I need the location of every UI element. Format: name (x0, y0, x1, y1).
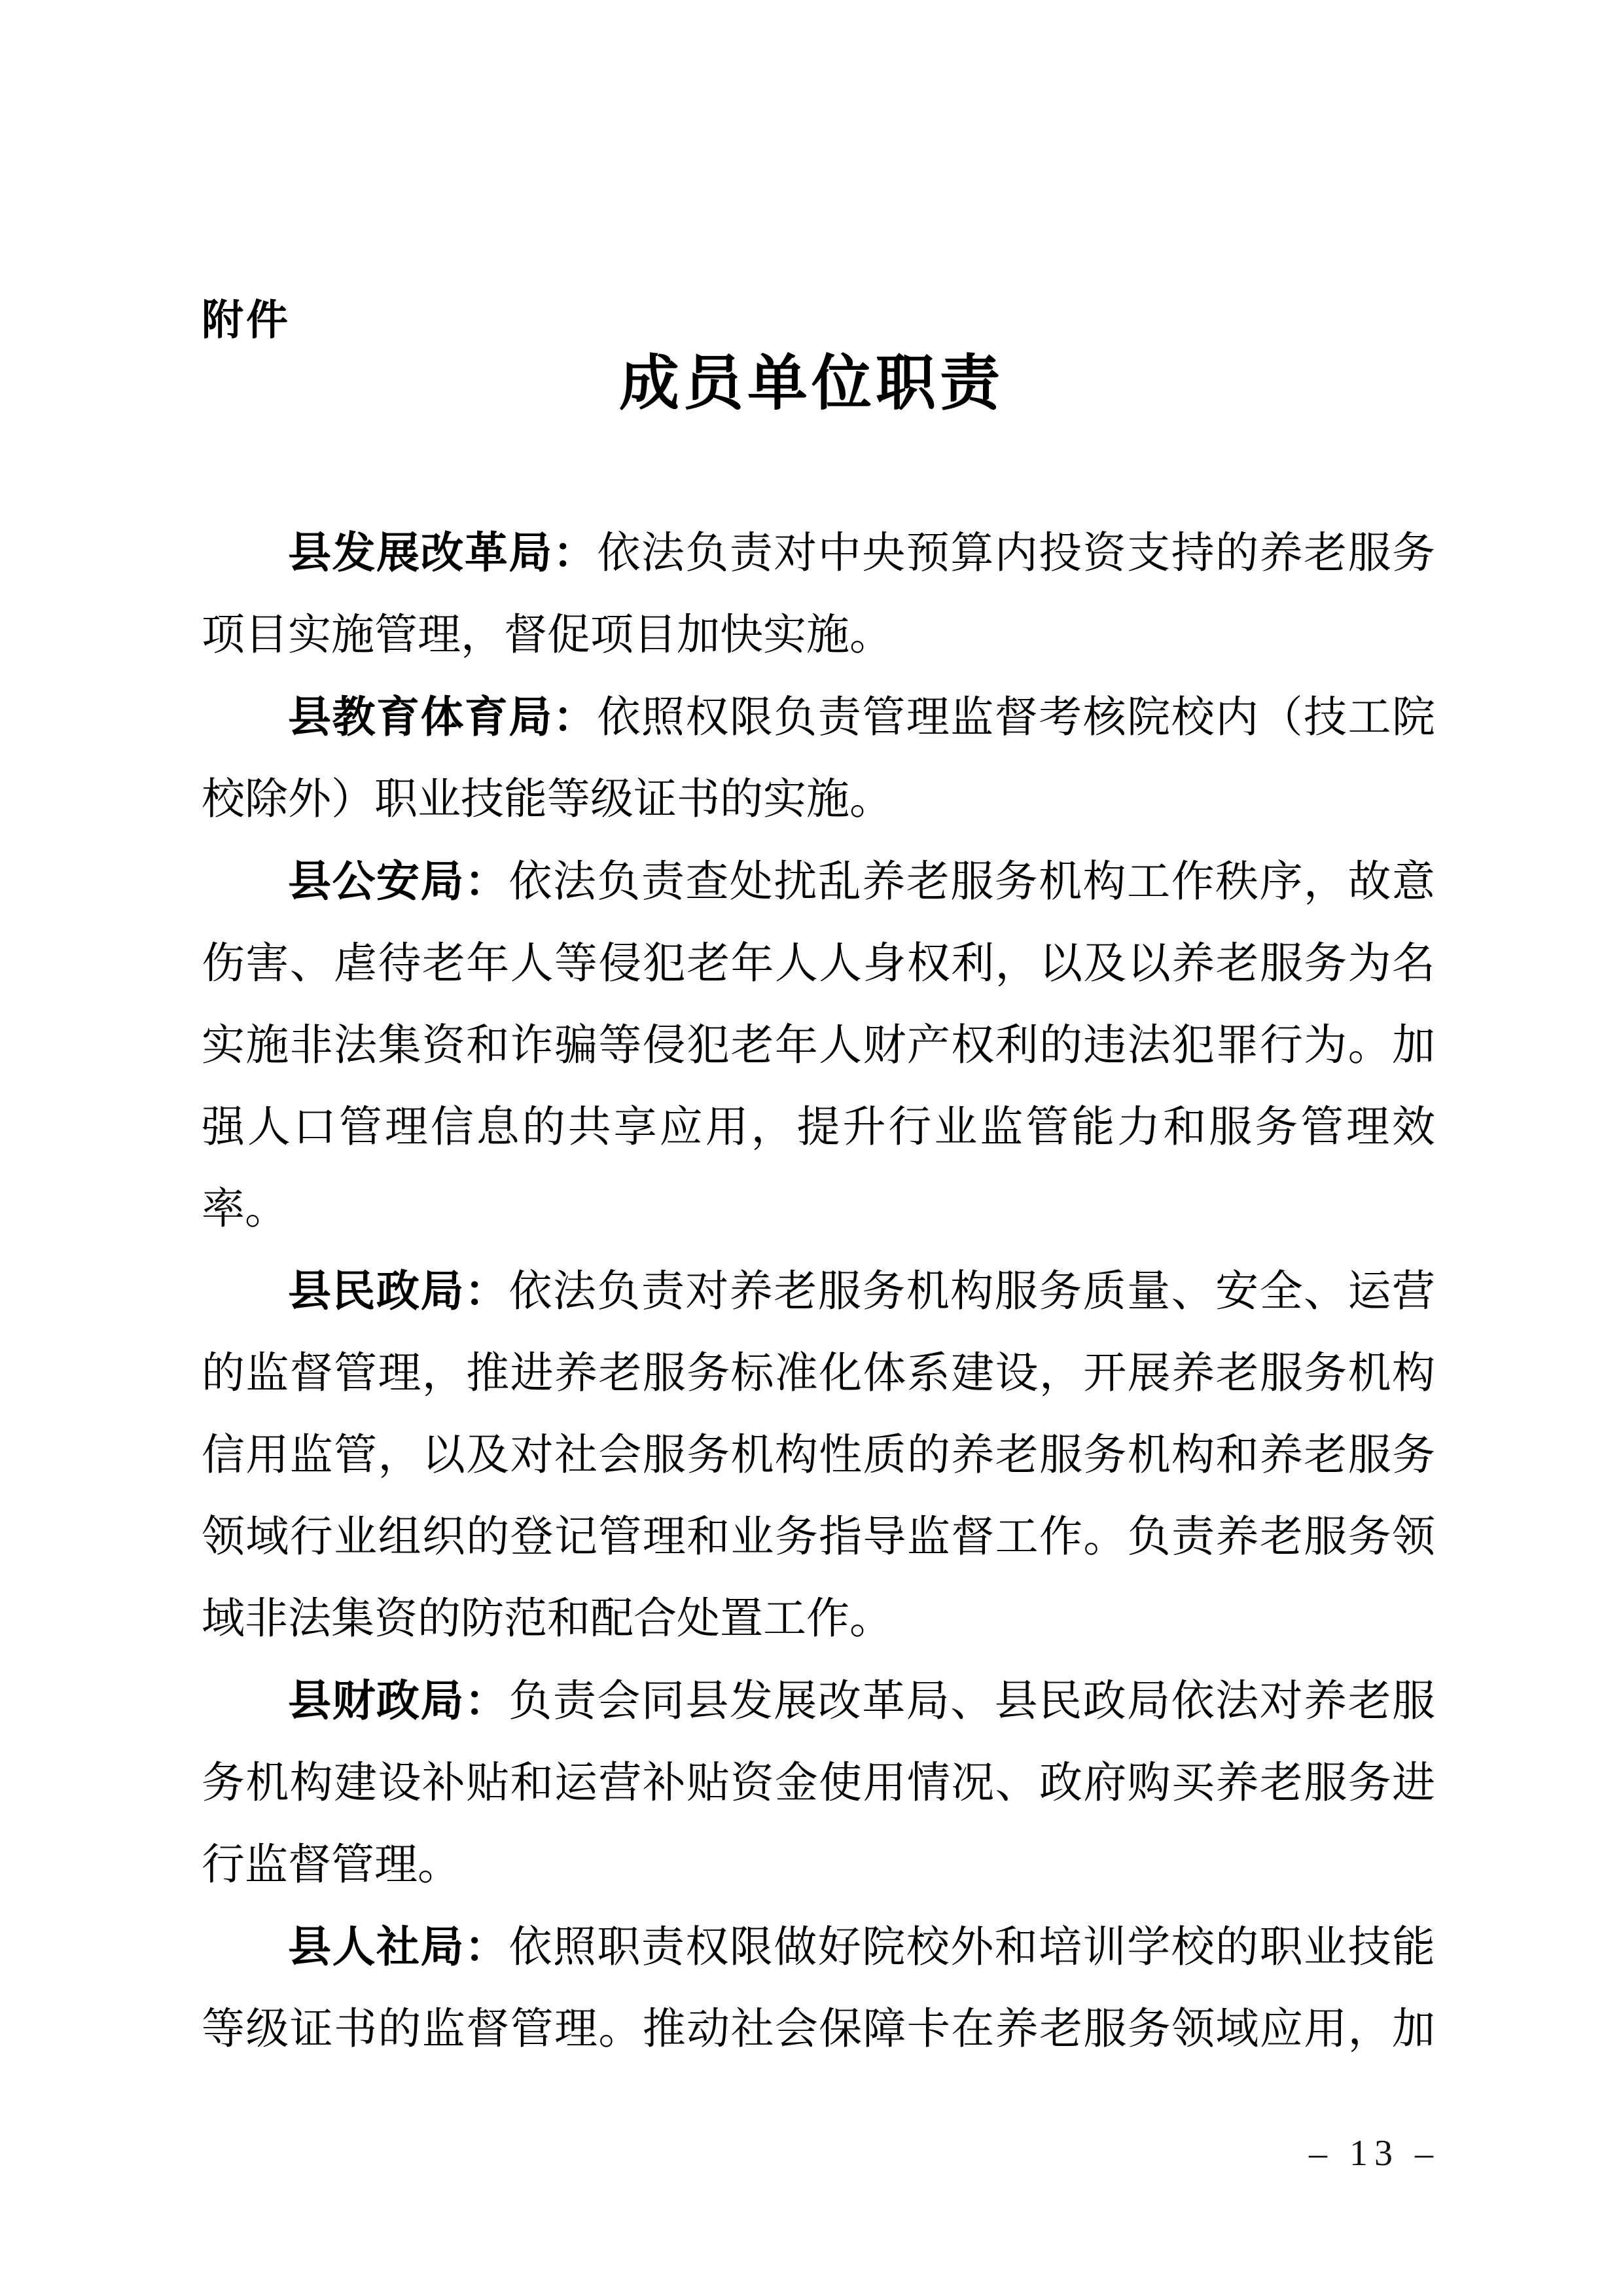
department-name: 县发展改革局： (288, 528, 597, 577)
paragraph-text: 依法负责对中央预算内投资支持的养老服务 (597, 529, 1435, 577)
text-line: 县财政局：负责会同县发展改革局、县民政局依法对养老服 (202, 1660, 1435, 1742)
text-line: 务机构建设补贴和运营补贴资金使用情况、政府购买养老服务进 (202, 1742, 1435, 1824)
paragraph-minzhengju: 县民政局：依法负责对养老服务机构服务质量、安全、运营 的监督管理，推进养老服务标… (202, 1250, 1435, 1660)
text-line: 县教育体育局：依照权限负责管理监督考核院校内（技工院 (202, 676, 1435, 759)
text-line: 县发展改革局：依法负责对中央预算内投资支持的养老服务 (202, 512, 1435, 594)
document-body: 县发展改革局：依法负责对中央预算内投资支持的养老服务 项目实施管理，督促项目加快… (202, 512, 1435, 2070)
attachment-label: 附件 (202, 296, 291, 344)
paragraph-text: 负责会同县发展改革局、县民政局依法对养老服 (508, 1677, 1435, 1725)
department-name: 县民政局： (288, 1266, 508, 1315)
text-line: 域非法集资的防范和配合处置工作。 (202, 1578, 1435, 1660)
paragraph-caizhengju: 县财政局：负责会同县发展改革局、县民政局依法对养老服 务机构建设补贴和运营补贴资… (202, 1660, 1435, 1906)
department-name: 县财政局： (288, 1676, 508, 1725)
department-name: 县教育体育局： (288, 692, 597, 741)
text-line: 县人社局：依照职责权限做好院校外和培训学校的职业技能 (202, 1906, 1435, 1988)
text-line: 县民政局：依法负责对养老服务机构服务质量、安全、运营 (202, 1250, 1435, 1333)
text-line: 的监督管理，推进养老服务标准化体系建设，开展养老服务机构 (202, 1333, 1435, 1414)
paragraph-fagaiju: 县发展改革局：依法负责对中央预算内投资支持的养老服务 项目实施管理，督促项目加快… (202, 512, 1435, 676)
paragraph-text: 依照职责权限做好院校外和培训学校的职业技能 (508, 1924, 1435, 1971)
text-line: 领域行业组织的登记管理和业务指导监督工作。负责养老服务领 (202, 1496, 1435, 1578)
paragraph-jiaoyutiyuju: 县教育体育局：依照权限负责管理监督考核院校内（技工院 校除外）职业技能等级证书的… (202, 676, 1435, 840)
text-line: 伤害、虐待老年人等侵犯老年人人身权利，以及以养老服务为名 (202, 923, 1435, 1005)
text-line: 信用监管，以及对社会服务机构性质的养老服务机构和养老服务 (202, 1414, 1435, 1496)
text-line: 实施非法集资和诈骗等侵犯老年人财产权利的违法犯罪行为。加 (202, 1005, 1435, 1086)
department-name: 县公安局： (288, 857, 508, 905)
paragraph-text: 依法负责对养老服务机构服务质量、安全、运营 (508, 1268, 1435, 1316)
text-line: 等级证书的监督管理。推动社会保障卡在养老服务领域应用，加 (202, 1988, 1435, 2070)
document-page: 附件 成员单位职责 县发展改革局：依法负责对中央预算内投资支持的养老服务 项目实… (0, 0, 1623, 2296)
page-title: 成员单位职责 (0, 348, 1623, 419)
paragraph-gonganju: 县公安局：依法负责查处扰乱养老服务机构工作秩序，故意 伤害、虐待老年人等侵犯老年… (202, 840, 1435, 1250)
text-line: 县公安局：依法负责查处扰乱养老服务机构工作秩序，故意 (202, 840, 1435, 923)
department-name: 县人社局： (288, 1922, 508, 1971)
text-line: 强人口管理信息的共享应用，提升行业监管能力和服务管理效率。 (202, 1086, 1435, 1250)
paragraph-text: 依法负责查处扰乱养老服务机构工作秩序，故意 (508, 858, 1435, 906)
paragraph-rensheju: 县人社局：依照职责权限做好院校外和培训学校的职业技能 等级证书的监督管理。推动社… (202, 1906, 1435, 2070)
page-number: – 13 – (1309, 2134, 1440, 2173)
paragraph-text: 依照权限负责管理监督考核院校内（技工院 (597, 694, 1435, 742)
text-line: 校除外）职业技能等级证书的实施。 (202, 759, 1435, 840)
text-line: 项目实施管理，督促项目加快实施。 (202, 594, 1435, 676)
text-line: 行监督管理。 (202, 1824, 1435, 1906)
